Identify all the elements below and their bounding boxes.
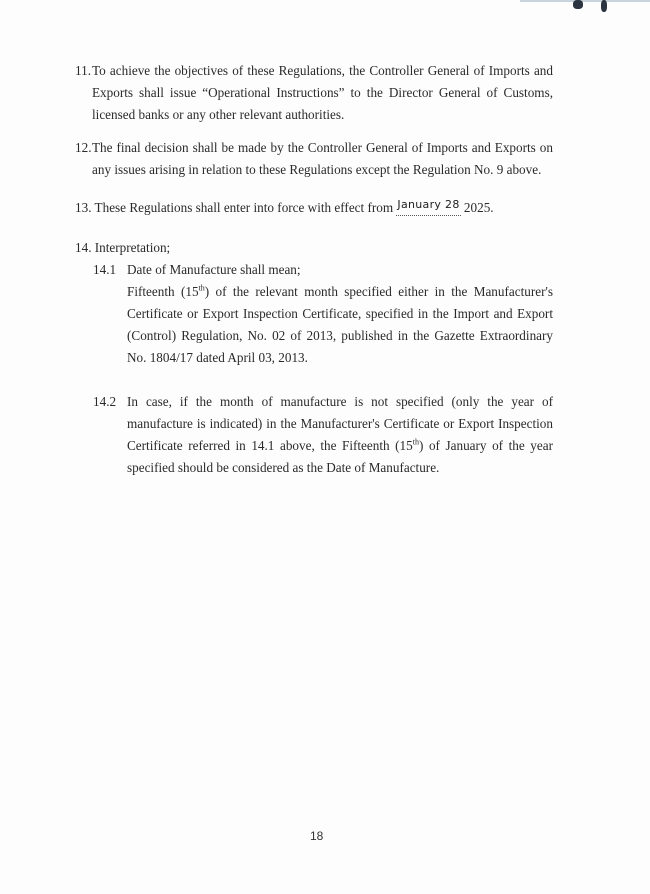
regulation-14: 14. Interpretation;	[75, 237, 553, 259]
subitem-14-2: 14.2 In case, if the month of manufactur…	[93, 391, 553, 479]
item-text: To achieve the objectives of these Regul…	[92, 60, 553, 126]
item-number: 11.	[75, 60, 91, 82]
subitem-heading: Date of Manufacture shall mean;	[127, 259, 553, 281]
scan-blot	[573, 0, 583, 9]
document-page: 11. To achieve the objectives of these R…	[0, 0, 650, 894]
regulation-13: 13. These Regulations shall enter into f…	[75, 197, 553, 220]
item-text: Interpretation;	[95, 240, 170, 255]
item-text-year: 2025.	[464, 200, 494, 215]
scan-edge-mark	[520, 0, 650, 2]
item-number: 12.	[75, 137, 91, 159]
item-text: These Regulations shall enter into force…	[95, 200, 394, 215]
subitem-text: Fifteenth (15th) of the relevant month s…	[127, 281, 553, 369]
subitem-number: 14.1	[93, 259, 116, 281]
item-text: The final decision shall be made by the …	[92, 137, 553, 181]
item-number: 14.	[75, 240, 91, 255]
subitem-text: In case, if the month of manufacture is …	[127, 391, 553, 479]
page-number: 18	[310, 829, 323, 843]
item-number: 13.	[75, 200, 91, 215]
date-fill-line: January 28	[396, 200, 460, 216]
regulation-11: 11. To achieve the objectives of these R…	[75, 60, 553, 126]
subitem-14-1: 14.1 Date of Manufacture shall mean; Fif…	[93, 259, 553, 369]
regulation-12: 12. The final decision shall be made by …	[75, 137, 553, 181]
scan-blot	[601, 0, 607, 12]
handwritten-date: January 28	[397, 198, 459, 211]
text-part: Fifteenth (15	[127, 284, 199, 299]
subitem-number: 14.2	[93, 391, 116, 413]
